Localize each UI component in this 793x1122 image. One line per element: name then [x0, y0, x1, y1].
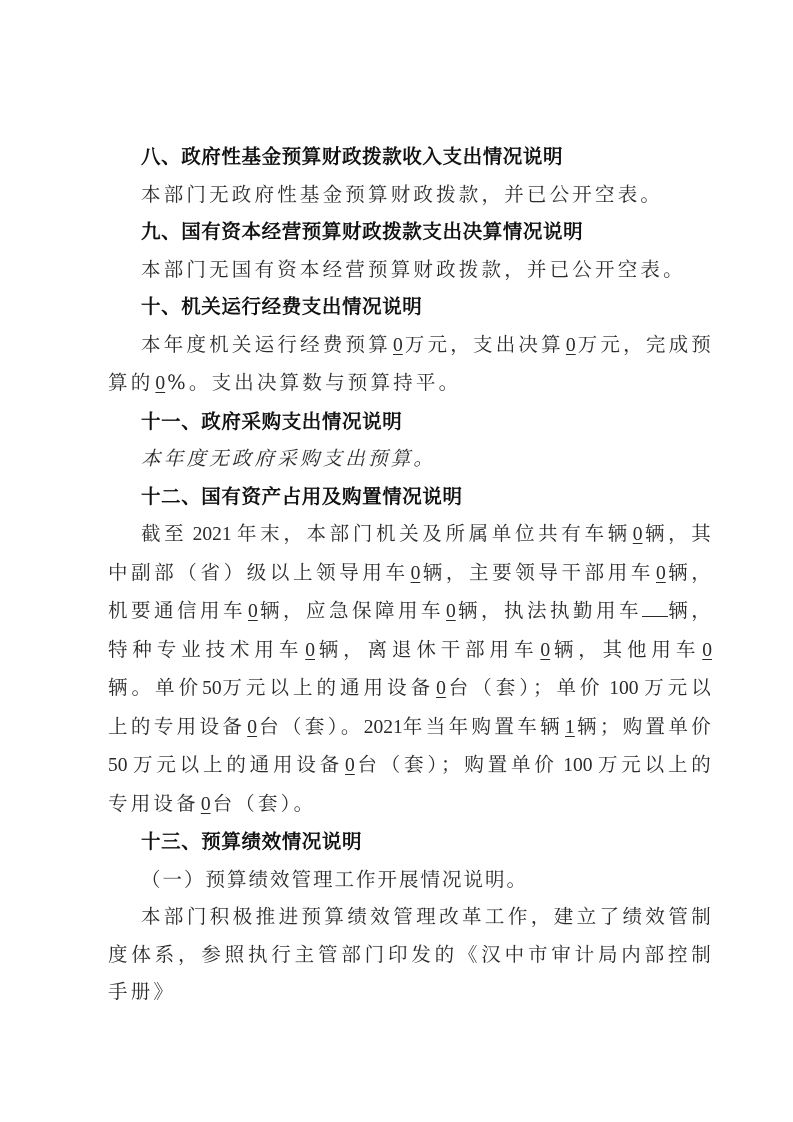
text-fragment: 辆；购置单价 [577, 715, 714, 738]
text-fragment: 年当年购置车辆 [403, 715, 563, 738]
text-fragment: 台（套）；购置单价 [357, 753, 558, 776]
vice-minister-cars-value: 0 [409, 563, 423, 584]
text-fragment: 万元，支出决算 [405, 333, 564, 356]
section-heading-13: 十三、预算绩效情况说明 [108, 823, 714, 861]
year-value: 2021 [187, 524, 237, 545]
document-page: 八、政府性基金预算财政拨款收入支出情况说明 本部门无政府性基金预算财政拨款，并已… [108, 138, 714, 1011]
price-threshold-100b: 100 [558, 755, 598, 776]
section-heading-11: 十一、政府采购支出情况说明 [108, 403, 714, 441]
section-heading-9: 九、国有资本经营预算财政拨款支出决算情况说明 [108, 213, 714, 251]
emergency-cars-value: 0 [444, 601, 458, 622]
text-fragment: 年末，本部门机关及所属单位共有车辆 [237, 522, 631, 545]
text-fragment: 辆，其他用车 [552, 638, 700, 661]
purchased-special-equipment-value: 0 [199, 794, 213, 815]
special-equipment-value: 0 [245, 717, 259, 738]
year-value-2: 2021 [364, 717, 403, 738]
subsection-heading-13-1: （一）预算绩效管理工作开展情况说明。 [108, 861, 714, 899]
text-fragment: 辆，应急保障用车 [260, 599, 444, 622]
section-body-11: 本年度无政府采购支出预算。 [108, 440, 714, 478]
text-fragment: 辆，离退休干部用车 [317, 638, 538, 661]
text-fragment: 辆。单价 [108, 676, 202, 699]
section-body-12: 截至 2021 年末，本部门机关及所属单位共有车辆0辆，其中副部（省）级以上领导… [108, 515, 714, 823]
text-fragment: 万元以上的通用设备 [222, 676, 435, 699]
price-threshold-50b: 50 [108, 755, 133, 776]
section-body-13: 本部门积极推进预算绩效管理改革工作，建立了绩效管制度体系，参照执行主管部门印发的… [108, 898, 714, 1011]
operating-budget-value: 0 [391, 335, 405, 356]
section-heading-12: 十二、国有资产占用及购置情况说明 [108, 478, 714, 516]
text-fragment: 辆，主要领导干部用车 [422, 561, 654, 584]
text-fragment: 万元以上的通用设备 [133, 753, 343, 776]
text-fragment: 辆，执法执勤用车 [458, 599, 642, 622]
completion-percent-value: 0 [153, 373, 167, 394]
operating-actual-value: 0 [564, 335, 578, 356]
text-fragment: %。支出决算数与预算持平。 [167, 371, 461, 394]
purchased-vehicles-value: 1 [563, 717, 577, 738]
section-heading-8: 八、政府性基金预算财政拨款收入支出情况说明 [108, 138, 714, 176]
section-heading-10: 十、机关运行经费支出情况说明 [108, 288, 714, 326]
total-vehicles-value: 0 [631, 524, 645, 545]
leader-cars-value: 0 [654, 563, 668, 584]
section-body-8: 本部门无政府性基金预算财政拨款，并已公开空表。 [108, 176, 714, 214]
text-fragment: 截至 [141, 522, 187, 545]
section-body-9: 本部门无国有资本经营预算财政拨款，并已公开空表。 [108, 251, 714, 289]
text-fragment: 本年度机关运行经费预算 [141, 333, 391, 356]
text-fragment: 台（套）；单价 [448, 676, 604, 699]
price-threshold-50: 50 [202, 678, 222, 699]
retired-cars-value: 0 [538, 640, 552, 661]
general-equipment-value: 0 [434, 678, 448, 699]
comm-cars-value: 0 [246, 601, 260, 622]
other-cars-value: 0 [700, 640, 714, 661]
law-enforcement-cars-blank [642, 598, 668, 617]
text-fragment: 台（套）。 [213, 792, 317, 815]
special-cars-value: 0 [303, 640, 317, 661]
price-threshold-100: 100 [604, 678, 645, 699]
purchased-general-equipment-value: 0 [343, 755, 357, 776]
text-fragment: 台（套）。 [259, 715, 364, 738]
section-body-10: 本年度机关运行经费预算0万元，支出决算0万元，完成预算的0%。支出决算数与预算持… [108, 326, 714, 403]
